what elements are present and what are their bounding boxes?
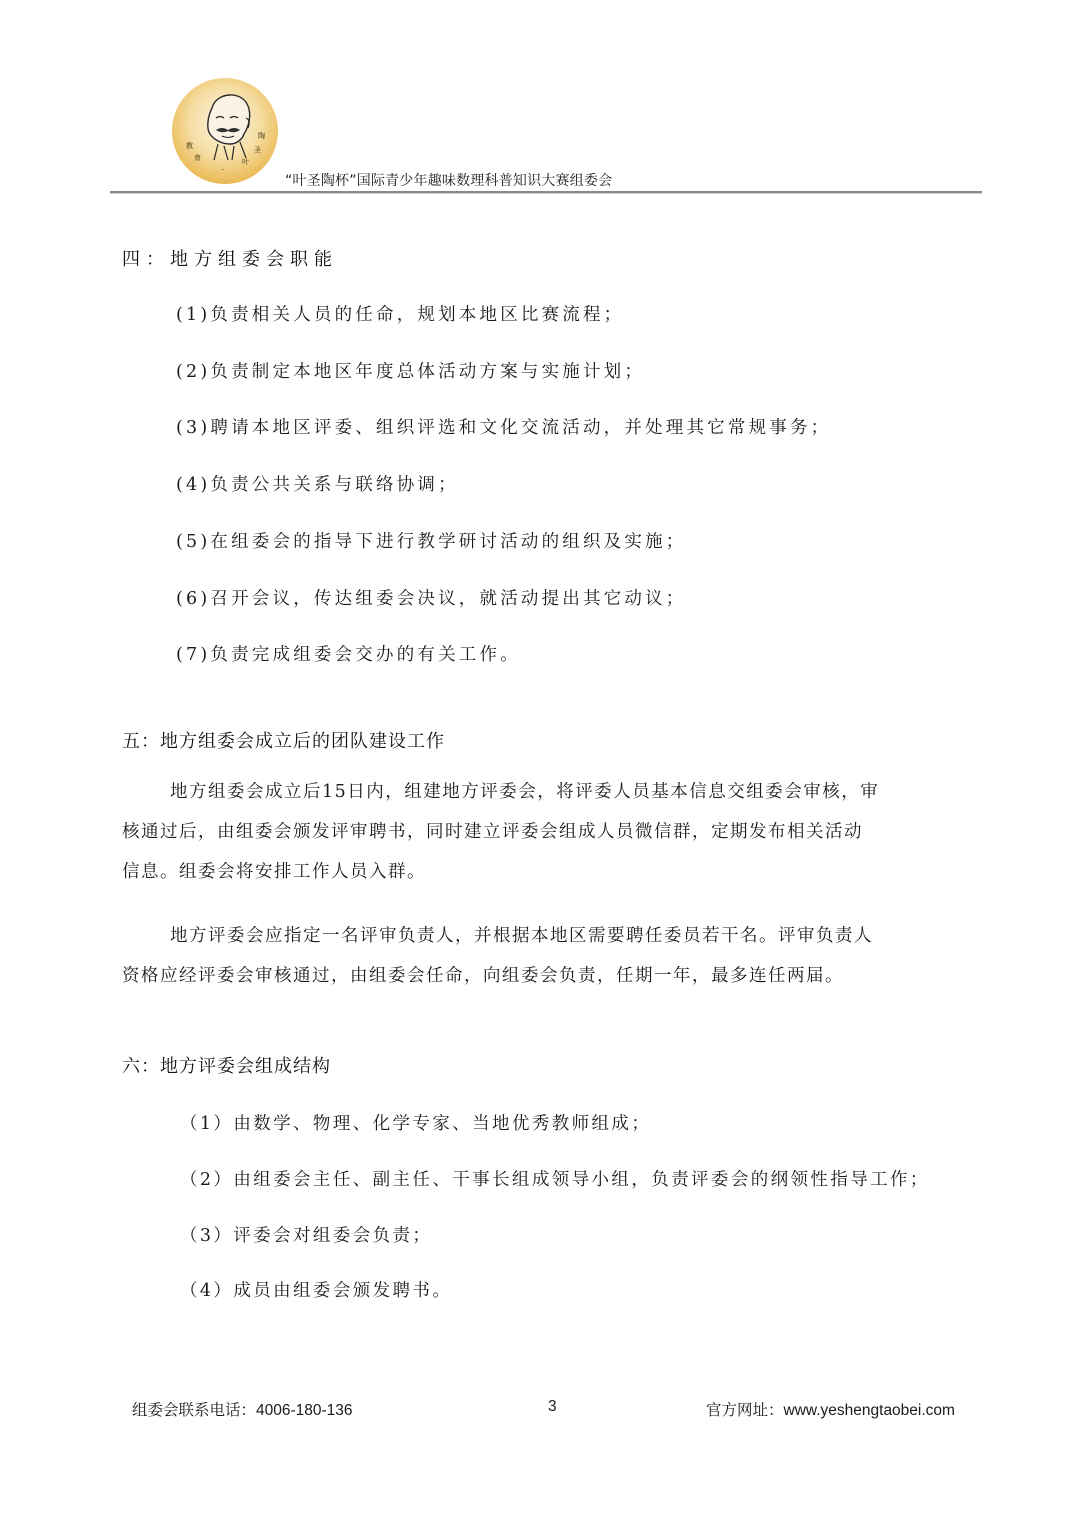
list-item: （4）成员由组委会颁发聘书。 [180, 1277, 452, 1302]
list-item: (7)负责完成组委会交办的有关工作。 [176, 641, 521, 666]
list-item: （1）由数学、物理、化学专家、当地优秀教师组成； [180, 1110, 651, 1135]
svg-text:圣: 圣 [254, 146, 261, 154]
logo: 教 育 · 叶 圣 陶 [172, 78, 278, 184]
page-footer: 组委会联系电话：4006-180-136 3 官方网址：www.yeshengt… [0, 1398, 1080, 1422]
svg-text:育: 育 [194, 153, 201, 162]
svg-text:陶: 陶 [258, 131, 265, 140]
paragraph: 地方组委会成立后15日内，组建地方评委会，将评委人员基本信息交组委会审核，审 核… [122, 772, 984, 892]
section-title-5: 五：地方组委会成立后的团队建设工作 [122, 727, 445, 753]
page-header: 教 育 · 叶 圣 陶 “叶圣陶杯”国际青少年趣味数理科普知识大赛组委会 [0, 0, 1080, 200]
list-item: (2)负责制定本地区年度总体活动方案与实施计划； [176, 358, 645, 383]
website-link[interactable]: 官方网址：www.yeshengtaobei.com [706, 1398, 955, 1420]
page-number: 3 [548, 1398, 557, 1416]
list-item: (6)召开会议，传达组委会决议，就活动提出其它动议； [176, 585, 687, 610]
svg-text:教: 教 [186, 141, 193, 150]
section-title-6: 六：地方评委会组成结构 [122, 1052, 331, 1078]
list-item: (3)聘请本地区评委、组织评选和文化交流活动，并处理其它常规事务； [176, 414, 831, 439]
svg-text:叶: 叶 [242, 157, 249, 166]
list-item: （2）由组委会主任、副主任、干事长组成领导小组，负责评委会的纲领性指导工作； [180, 1166, 930, 1191]
contact-phone: 组委会联系电话：4006-180-136 [132, 1398, 353, 1420]
paragraph-line: 地方组委会成立后15日内，组建地方评委会，将评委人员基本信息交组委会审核，审 [122, 772, 984, 812]
list-item: (5)在组委会的指导下进行教学研讨活动的组织及实施； [176, 528, 687, 553]
section-title-4: 四：地方组委会职能 [122, 245, 338, 271]
list-item: (4)负责公共关系与联络协调； [176, 471, 459, 496]
list-item: (1)负责相关人员的任命，规划本地区比赛流程； [176, 301, 624, 326]
organization-title: “叶圣陶杯”国际青少年趣味数理科普知识大赛组委会 [285, 170, 612, 190]
header-divider [110, 191, 982, 193]
paragraph-line: 地方评委会应指定一名评审负责人，并根据本地区需要聘任委员若干名。评审负责人 [122, 916, 984, 956]
paragraph-line: 信息。组委会将安排工作人员入群。 [122, 852, 984, 892]
svg-text:·: · [222, 166, 224, 174]
paragraph-line: 资格应经评委会审核通过，由组委会任命，向组委会负责，任期一年，最多连任两届。 [122, 956, 984, 996]
paragraph-line: 核通过后，由组委会颁发评审聘书，同时建立评委会组成人员微信群，定期发布相关活动 [122, 812, 984, 852]
list-item: （3）评委会对组委会负责； [180, 1222, 432, 1247]
portrait-medallion-icon: 教 育 · 叶 圣 陶 [172, 78, 278, 184]
paragraph: 地方评委会应指定一名评审负责人，并根据本地区需要聘任委员若干名。评审负责人 资格… [122, 916, 984, 996]
